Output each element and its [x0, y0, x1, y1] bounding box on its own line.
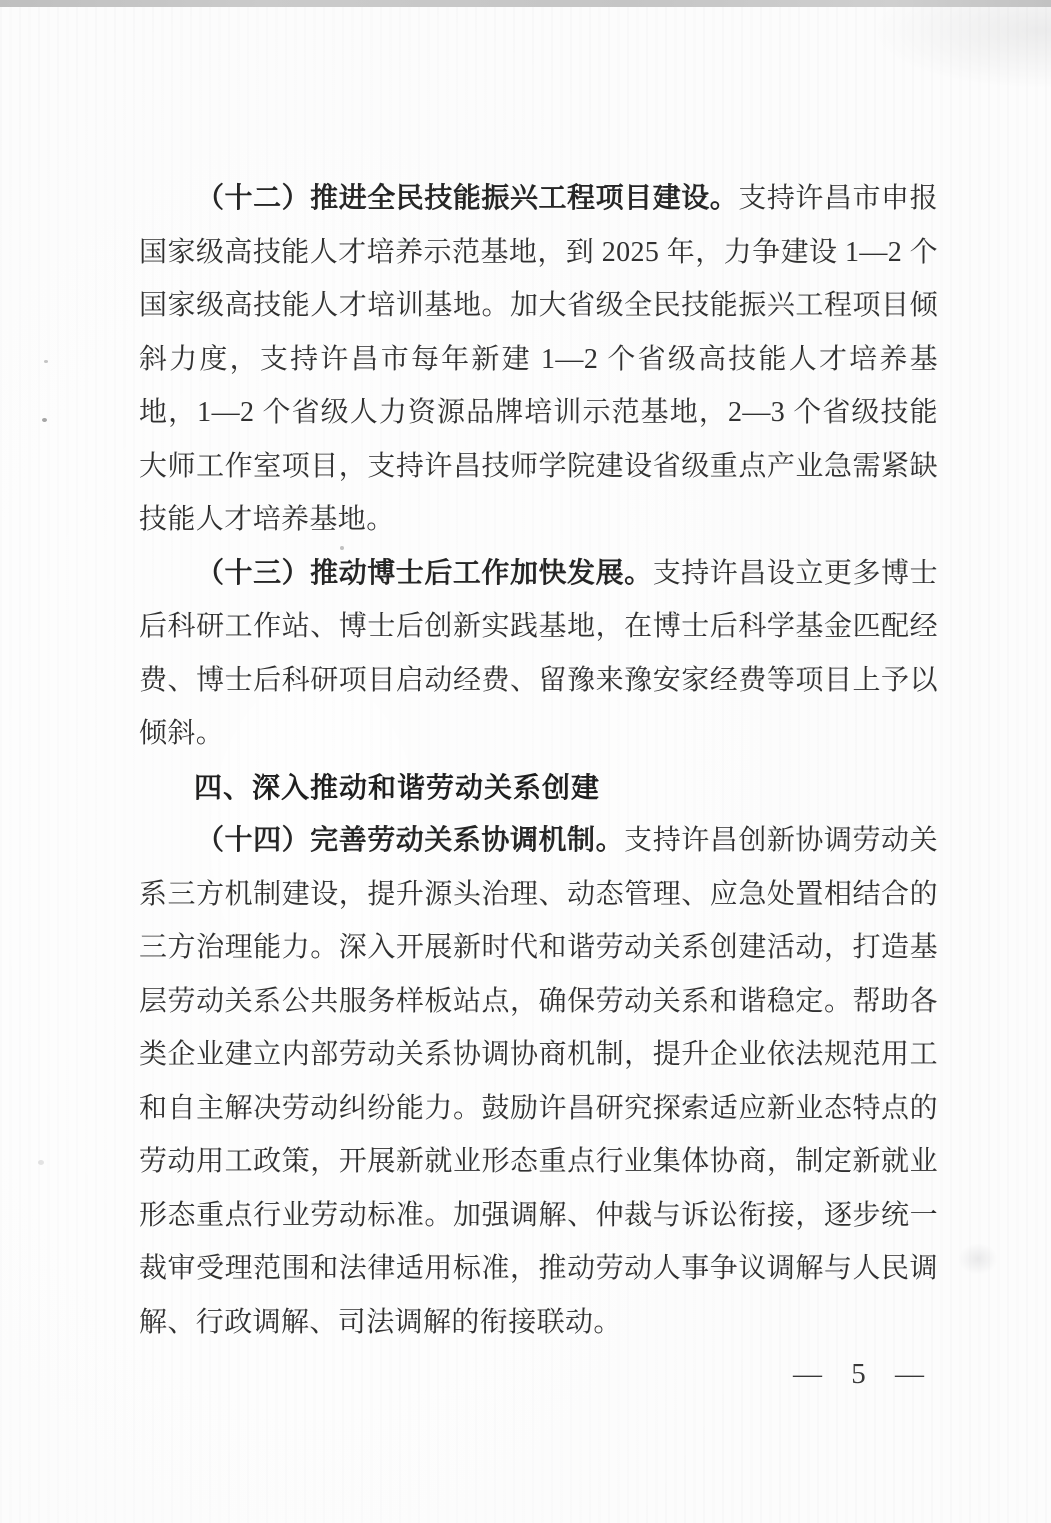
scan-speck: [340, 546, 344, 550]
paragraph-item-13-lead: （十三）推动博士后工作加快发展。: [196, 558, 653, 589]
section-heading-four: 四、深入推动和谐劳动关系创建: [139, 761, 938, 815]
scan-smudge: [958, 1243, 998, 1275]
paragraph-item-14-lead: （十四）完善劳动关系协调机制。: [196, 825, 624, 856]
scan-speck: [42, 418, 47, 422]
scan-speck: [38, 1160, 44, 1165]
paragraph-item-12-lead: （十二）推进全民技能振兴工程项目建设。: [196, 183, 738, 214]
scanned-document-page: （十二）推进全民技能振兴工程项目建设。支持许昌市申报国家级高技能人才培养示范基地…: [0, 0, 1051, 1523]
document-body: （十二）推进全民技能振兴工程项目建设。支持许昌市申报国家级高技能人才培养示范基地…: [139, 172, 938, 1349]
page-number: — 5 —: [793, 1358, 927, 1391]
paragraph-item-13: （十三）推动博士后工作加快发展。支持许昌设立更多博士后科研工作站、博士后创新实践…: [139, 547, 938, 761]
paragraph-item-12: （十二）推进全民技能振兴工程项目建设。支持许昌市申报国家级高技能人才培养示范基地…: [139, 172, 938, 547]
paragraph-item-14-text: 支持许昌创新协调劳动关系三方机制建设，提升源头治理、动态管理、应急处置相结合的三…: [139, 825, 938, 1338]
scan-speck: [44, 360, 48, 363]
scan-top-edge: [0, 0, 1051, 7]
paragraph-item-12-text: 支持许昌市申报国家级高技能人才培养示范基地，到 2025 年，力争建设 1—2 …: [139, 183, 938, 535]
paragraph-item-14: （十四）完善劳动关系协调机制。支持许昌创新协调劳动关系三方机制建设，提升源头治理…: [139, 814, 938, 1349]
